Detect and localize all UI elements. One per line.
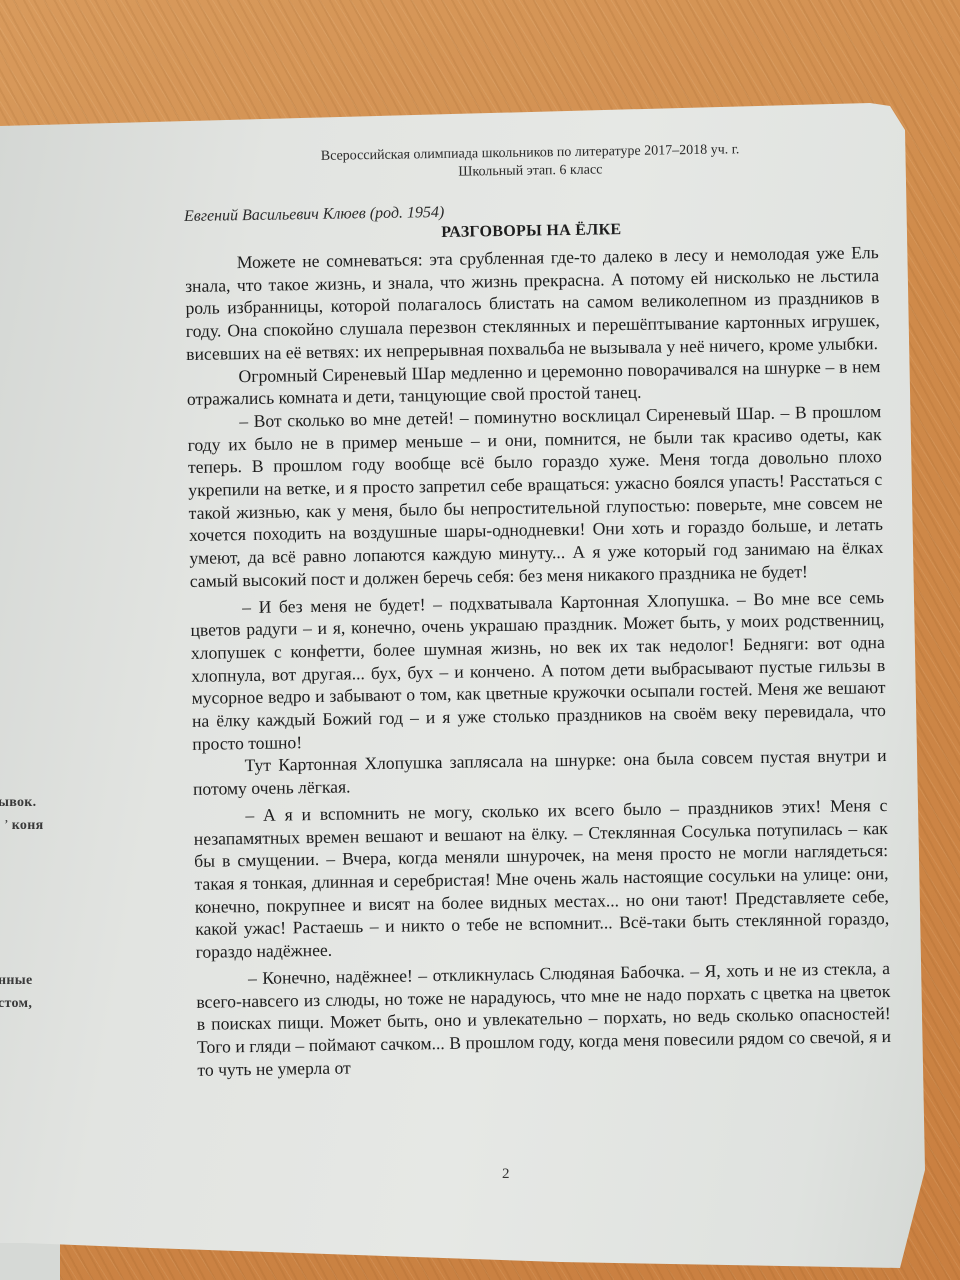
page-number: 2 [502, 1166, 510, 1183]
paragraph: – Конечно, надёжнее! – откликнулась Слюд… [196, 957, 892, 1081]
document-page: ывок. ’ коня нные стом, Всероссийская ол… [0, 0, 960, 1280]
underlying-sheet-fragment: ывок. [0, 795, 36, 811]
underlying-sheet-fragment: нные [0, 973, 32, 989]
paragraph: Можете не сомневаться: эта срубленная гд… [185, 241, 881, 365]
underlying-sheet-fragment: ’ коня [4, 818, 43, 834]
page-content: Всероссийская олимпиада школьников по ли… [183, 139, 892, 1081]
paragraph: – А я и вспомнить не могу, сколько их вс… [193, 794, 889, 964]
paragraph: – Вот сколько во мне детей! – поминутно … [187, 400, 884, 593]
paragraph: Тут Картонная Хлопушка заплясала на шнур… [193, 744, 888, 800]
paragraph: – И без меня не будет! – подхватывала Ка… [190, 586, 886, 756]
underlying-sheet-fragment: стом, [0, 996, 32, 1012]
